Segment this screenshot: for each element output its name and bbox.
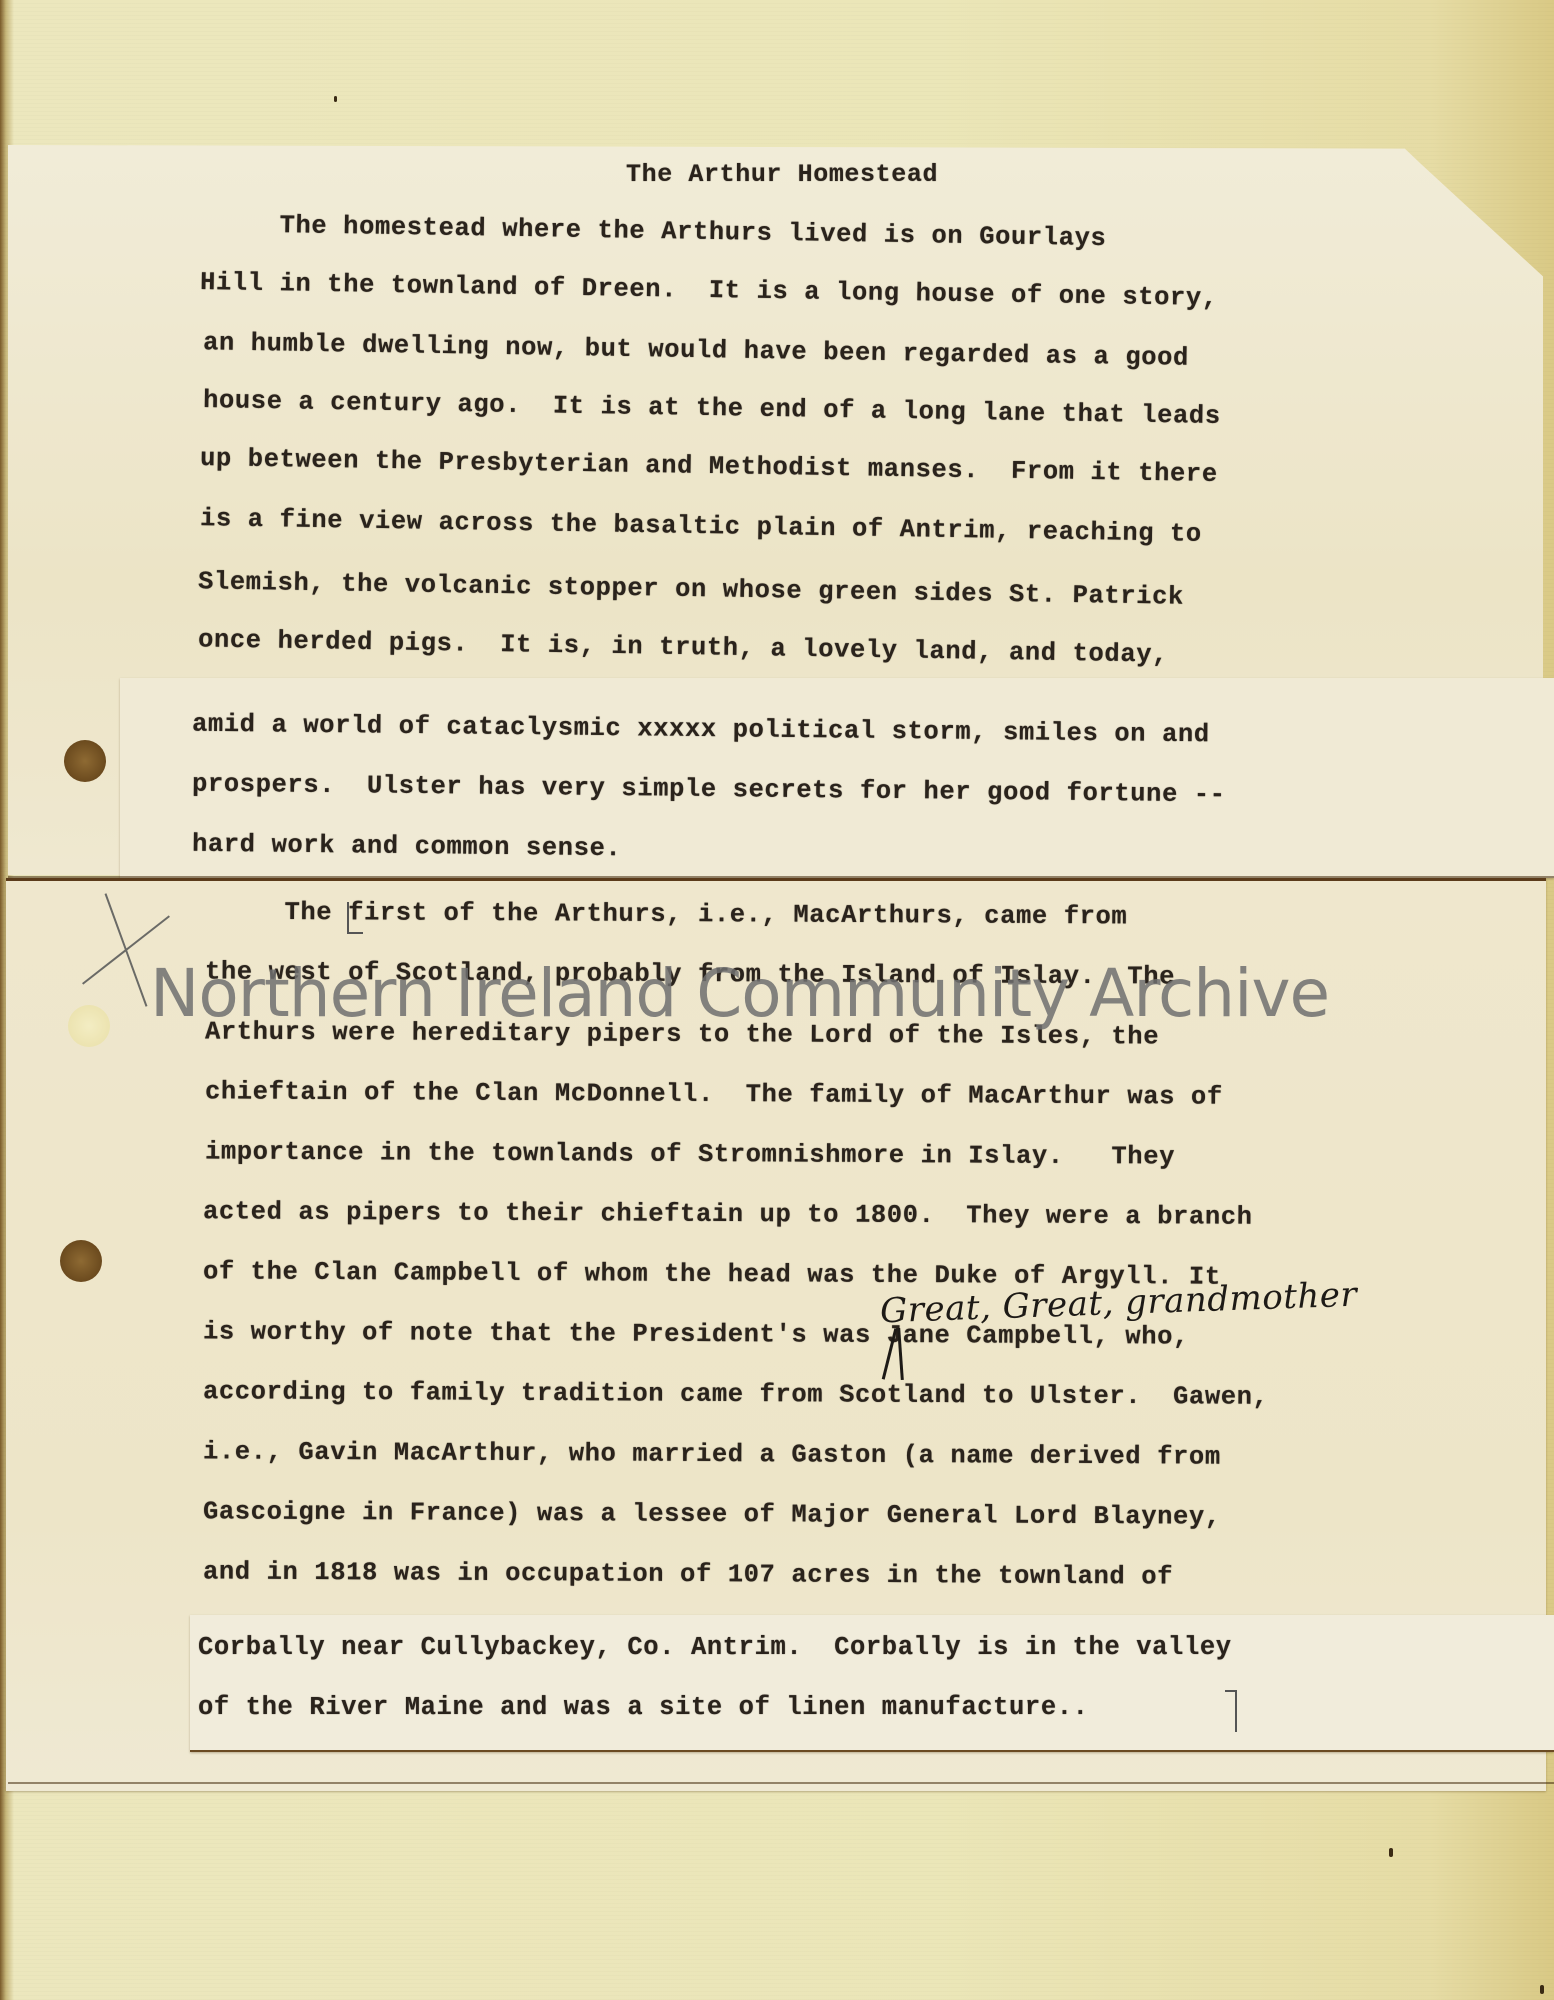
ink-spot xyxy=(1389,1848,1393,1857)
text-line: acted as pipers to their chieftain up to… xyxy=(203,1197,1253,1231)
text-line: The first of the Arthurs, i.e., MacArthu… xyxy=(205,898,1127,932)
punch-hole xyxy=(64,740,106,782)
ink-spot xyxy=(334,96,337,102)
ink-spot xyxy=(1540,1985,1544,1994)
text-line: i.e., Gavin MacArthur, who married a Gas… xyxy=(203,1437,1221,1471)
fold-line xyxy=(8,1782,1554,1784)
fold-line xyxy=(8,876,1554,878)
punch-hole xyxy=(68,1005,110,1047)
text-line: chieftain of the Clan McDonnell. The fam… xyxy=(205,1077,1223,1111)
watermark: Northern Ireland Community Archive xyxy=(150,955,1329,1032)
document-title: The Arthur Homestead xyxy=(626,160,938,189)
text-line: according to family tradition came from … xyxy=(203,1377,1269,1412)
text-line: Gascoigne in France) was a lessee of Maj… xyxy=(203,1497,1221,1531)
text-line: hard work and common sense. xyxy=(192,830,622,863)
text-line: Corbally near Cullybackey, Co. Antrim. C… xyxy=(198,1633,1232,1662)
punch-hole xyxy=(60,1240,102,1282)
pencil-bracket-close xyxy=(1225,1690,1237,1732)
text-line: of the River Maine and was a site of lin… xyxy=(198,1693,1089,1722)
text-line: importance in the townlands of Stromnish… xyxy=(205,1137,1175,1171)
text-line: and in 1818 was in occupation of 107 acr… xyxy=(203,1557,1173,1591)
